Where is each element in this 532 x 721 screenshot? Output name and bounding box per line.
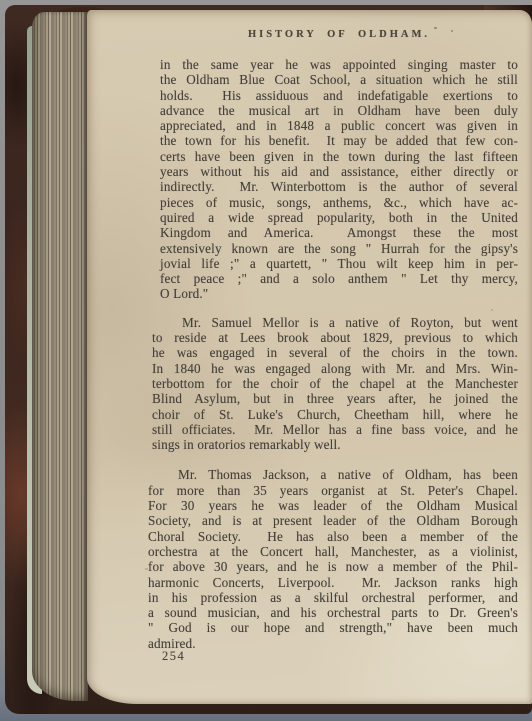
text-line: harmonic Concerts, Liverpool. Mr. Jackso… <box>148 575 518 590</box>
text-line: Kingdom and America. Amongst these the m… <box>160 225 518 240</box>
text-line: In 1840 he was engaged along with Mr. an… <box>152 361 518 376</box>
paragraph: in the same year he was appointed singin… <box>160 57 518 302</box>
book-page: HISTORY OF OLDHAM. in the same year he w… <box>87 10 532 704</box>
text-line: jovial life ;" a quartett, " Thou wilt k… <box>160 256 518 271</box>
text-line: the town for his benefit. It may be adde… <box>160 133 518 148</box>
text-line: in his profession as a skilful orchestra… <box>148 590 518 605</box>
page-number: 254 <box>162 649 185 664</box>
ink-speck <box>451 30 453 32</box>
text-line: O Lord." <box>160 286 518 301</box>
text-line: fect peace ;" and a solo anthem " Let th… <box>160 271 518 286</box>
text-line: sings in oratorios remarkably well. <box>152 437 518 452</box>
text-line: Choral Society. He has also been a membe… <box>148 529 518 544</box>
text-line: Mr. Samuel Mellor is a native of Royton,… <box>152 315 518 330</box>
text-line: admired. <box>148 636 518 651</box>
paragraph: Mr. Thomas Jackson, a native of Oldham, … <box>148 467 518 651</box>
text-line: advance the musical art in Oldham have b… <box>160 103 518 118</box>
ink-speck <box>491 309 493 311</box>
text-line: quired a wide spread popularity, both in… <box>160 210 518 225</box>
text-line: terbottom for the choir of the chapel at… <box>152 376 518 391</box>
text-line: years without his aid and assistance, ei… <box>160 164 518 179</box>
text-line: For 30 years he was leader of the Oldham… <box>148 498 518 513</box>
text-line: certs have been given in the town during… <box>160 149 518 164</box>
text-line: " God is our hope and strength," have be… <box>148 620 518 635</box>
text-line: indirectly. Mr. Winterbottom is the auth… <box>160 179 518 194</box>
text-line: Society, and is at present leader of the… <box>148 513 518 528</box>
text-line: Blind Asylum, but in three years after, … <box>152 391 518 406</box>
text-line: holds. His assiduous and indefatigable e… <box>160 88 518 103</box>
text-line: choir of St. Luke's Church, Cheetham hil… <box>152 407 518 422</box>
page-fore-edge-stack <box>32 12 88 701</box>
text-line: a sound musician, and his orchestral par… <box>148 605 518 620</box>
text-line: orchestra at the Concert hall, Mancheste… <box>148 544 518 559</box>
text-line: he was engaged in several of the choirs … <box>152 345 518 360</box>
text-line: in the same year he was appointed singin… <box>160 57 518 72</box>
running-header: HISTORY OF OLDHAM. <box>160 29 518 40</box>
ink-speck <box>434 27 437 29</box>
text-line: pieces of music, songs, anthems, &c., wh… <box>160 195 518 210</box>
ink-speck <box>145 568 148 570</box>
book-photo: HISTORY OF OLDHAM. in the same year he w… <box>0 0 532 721</box>
text-line: appreciated, and in 1848 a public concer… <box>160 118 518 133</box>
text-line: for more than 35 years organist at St. P… <box>148 483 518 498</box>
page-text: in the same year he was appointed singin… <box>160 57 518 651</box>
text-line: still officiates. Mr. Mellor has a fine … <box>152 422 518 437</box>
text-line: to reside at Lees brook about 1829, prev… <box>152 330 518 345</box>
text-line: the Oldham Blue Coat School, a situation… <box>160 72 518 87</box>
paragraph: Mr. Samuel Mellor is a native of Royton,… <box>152 315 518 453</box>
text-line: extensively known are the song " Hurrah … <box>160 241 518 256</box>
text-line: for above 30 years, and he is now a memb… <box>148 559 518 574</box>
text-line: Mr. Thomas Jackson, a native of Oldham, … <box>148 467 518 482</box>
